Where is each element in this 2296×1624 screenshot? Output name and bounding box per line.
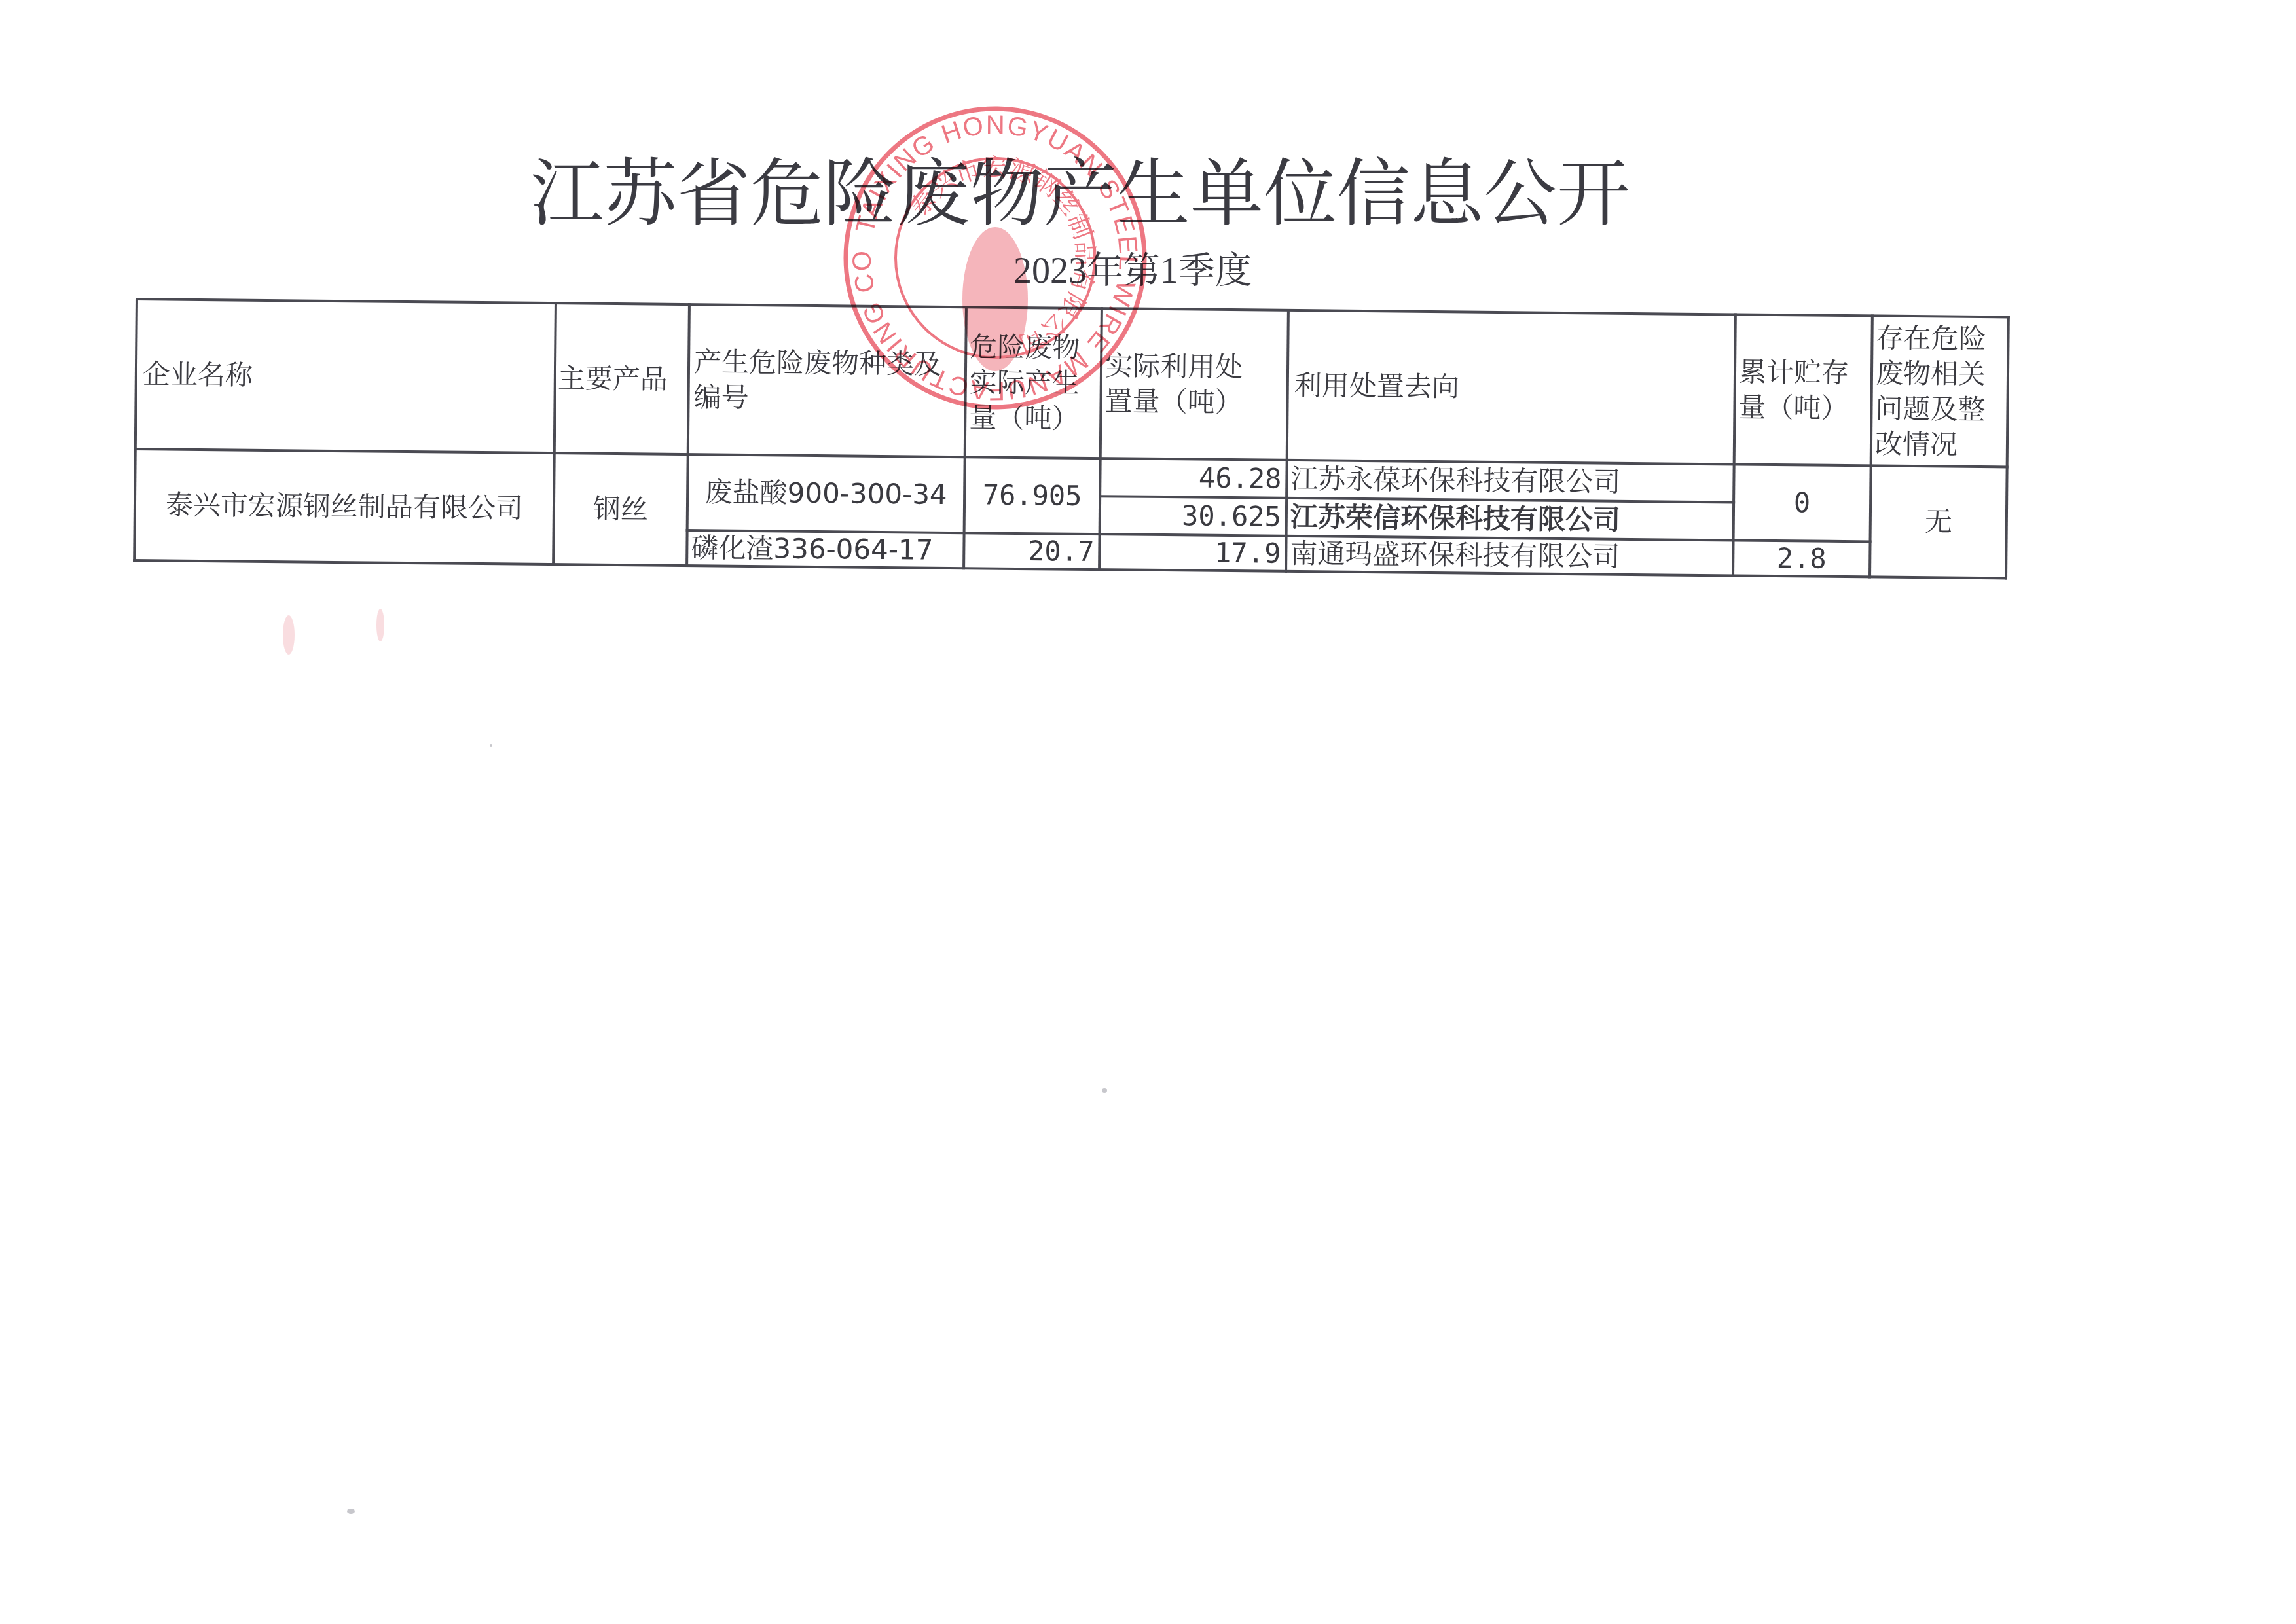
scan-speck [347,1509,355,1514]
header-generated-label: 危险废物实际产生量（吨） [969,329,1088,437]
stored-amount: 0 [1794,485,1811,520]
scan-smudge [376,609,384,641]
company-name: 泰兴市宏源钢丝制品有限公司 [166,487,524,526]
scan-speck [1102,1088,1107,1093]
stored-cell: 0 [1735,465,1870,540]
disposed-amount: 30.625 [1182,498,1281,534]
disclosure-table: 企业名称 主要产品 产生危险废物种类及编号 危险废物实际产生量（吨） 实际利用处… [133,298,2007,579]
generated-cell: 20.7 [965,534,1098,568]
stored-cell: 2.8 [1734,541,1868,575]
destination-company: 江苏永葆环保科技有限公司 [1290,461,1621,500]
issues-cell: 无 [1871,467,2006,577]
generated-amount: 76.905 [983,477,1082,513]
product-cell: 钢丝 [555,454,687,564]
header-generated: 危险废物实际产生量（吨） [966,308,1101,457]
header-disposed-label: 实际利用处置量（吨） [1104,348,1256,420]
header-company: 企业名称 [137,300,555,452]
waste-type-cell: 磷化渣336-064-17 [688,532,962,567]
disposed-amount: 17.9 [1214,535,1281,571]
destination-company: 江苏荣信环保科技有限公司 [1290,499,1621,538]
main-product: 钢丝 [593,492,649,528]
waste-type: 磷化渣336-064-17 [691,530,934,568]
header-waste-type-label: 产生危险废物种类及编号 [693,344,943,418]
scan-smudge [283,615,295,655]
header-issues: 存在危险废物相关问题及整改情况 [1872,317,2007,465]
header-waste-type: 产生危险废物种类及编号 [689,306,965,456]
disposed-amount: 46.28 [1199,461,1282,497]
header-stored: 累计贮存量（吨） [1736,316,1871,464]
disposed-cell: 46.28 [1101,460,1286,497]
generated-amount: 20.7 [1028,533,1095,569]
waste-type: 废盐酸900-300-34 [704,475,947,513]
header-company-label: 企业名称 [143,357,253,393]
destination-cell: 江苏永葆环保科技有限公司 [1288,461,1732,501]
issues-status: 无 [1925,504,1953,539]
page-subtitle: 2023年第1季度 [0,250,2265,292]
destination-company: 南通玛盛环保科技有限公司 [1290,536,1620,575]
header-stored-label: 累计贮存量（吨） [1738,354,1863,426]
destination-cell: 江苏荣信环保科技有限公司 [1288,499,1732,539]
generated-cell: 76.905 [966,458,1099,533]
stored-amount: 2.8 [1777,541,1827,577]
disposed-cell: 17.9 [1101,535,1285,570]
waste-type-cell: 废盐酸900-300-34 [689,456,964,532]
header-disposed: 实际利用处置量（吨） [1102,310,1287,459]
company-name-cell: 泰兴市宏源钢丝制品有限公司 [136,450,553,563]
header-destination-label: 利用处置去向 [1294,367,1460,404]
scan-speck [490,744,492,747]
page-title: 江苏省危险废物产生单位信息公开 [0,152,2160,237]
header-product: 主要产品 [556,304,688,453]
header-destination: 利用处置去向 [1288,312,1734,463]
header-product-label: 主要产品 [558,361,668,397]
destination-cell: 南通玛盛环保科技有限公司 [1287,537,1732,575]
header-issues-label: 存在危险废物相关问题及整改情况 [1875,320,1994,463]
disposed-cell: 30.625 [1101,497,1286,535]
